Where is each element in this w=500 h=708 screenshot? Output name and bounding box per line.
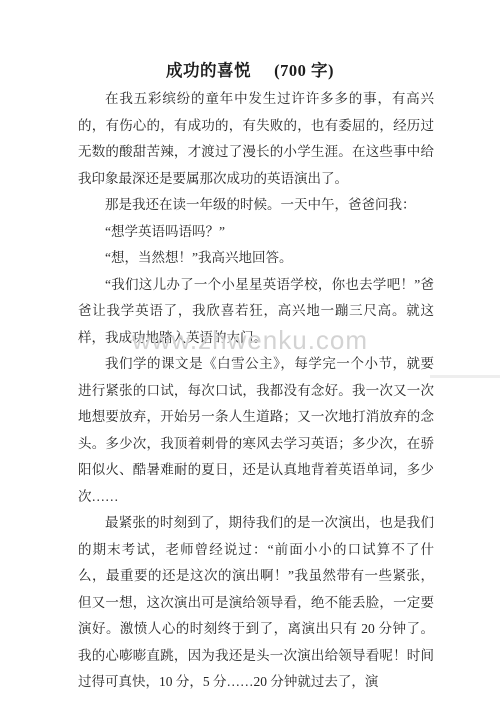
paragraph: 在我五彩缤纷的童年中发生过许许多多的事，有高兴的，有伤心的，有成功的，有失败的，… [78,86,434,192]
paragraph: 最紧张的时刻到了，期待我们的是一次演出，也是我们的期末考试，老师曾经说过：“前面… [78,510,434,696]
scan-artifact-line [430,375,500,378]
document-title: 成功的喜悦(700 字) [0,59,500,82]
document-word-count: (700 字) [274,61,334,80]
paragraph: “我们这儿办了一个小星星英语学校，你也去学吧！”爸爸让我学英语了，我欣喜若狂，高… [78,272,434,352]
document-body: 在我五彩缤纷的童年中发生过许许多多的事，有高兴的，有伤心的，有成功的，有失败的，… [78,86,434,696]
paragraph: “想学英语吗语吗？” [78,219,434,246]
document-page: 成功的喜悦(700 字) 在我五彩缤纷的童年中发生过许许多多的事，有高兴的，有伤… [0,0,500,708]
paragraph: 我们学的课文是《白雪公主》，每学完一个小节，就要进行紧张的口试，每次口试，我都没… [78,351,434,510]
document-title-text: 成功的喜悦 [166,61,251,80]
paragraph: “想，当然想！”我高兴地回答。 [78,245,434,272]
paragraph: 那是我还在读一年级的时候。一天中午，爸爸问我： [78,192,434,219]
